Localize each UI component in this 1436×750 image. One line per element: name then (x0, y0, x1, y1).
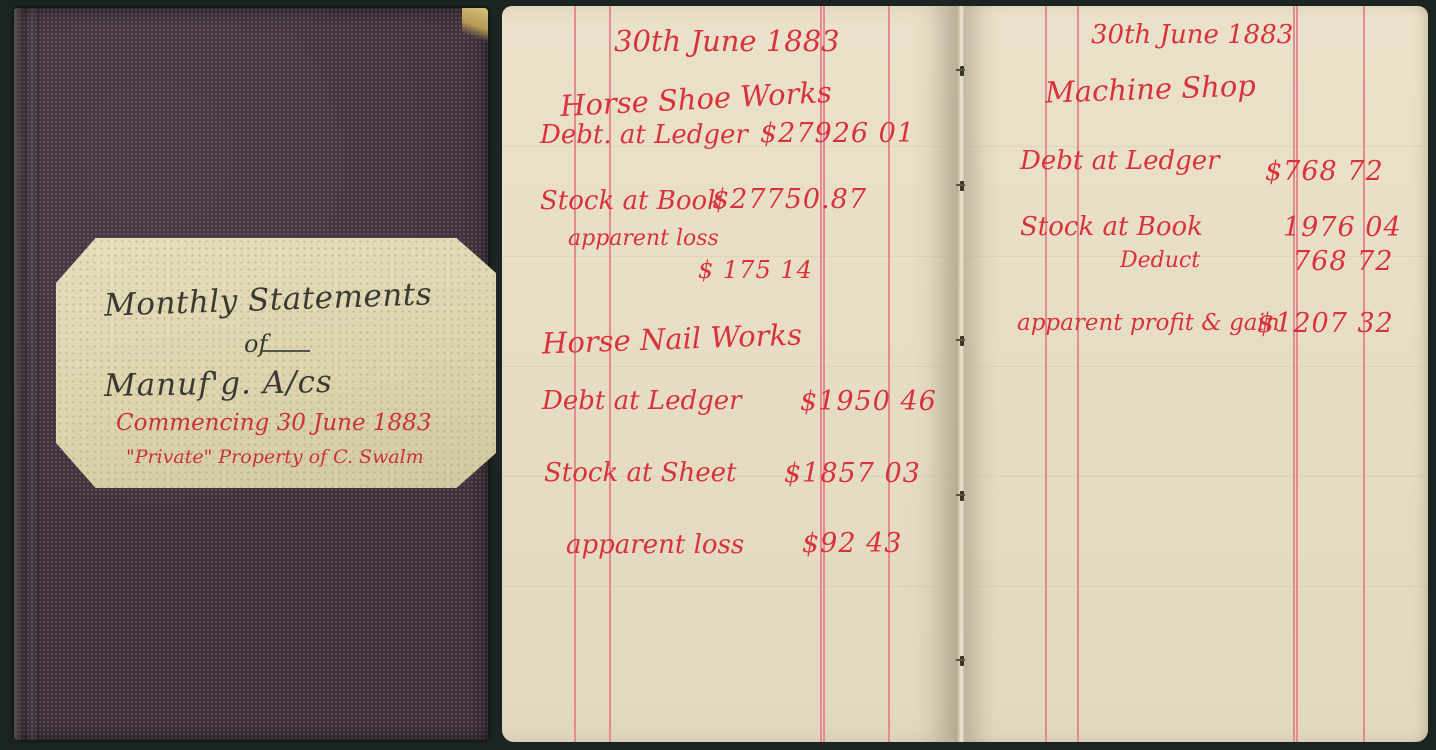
dollar-column-rule (1296, 6, 1298, 742)
binding-stitch (960, 336, 964, 346)
entry-amount: $92 43 (802, 528, 902, 559)
binding-stitch (960, 66, 964, 76)
notebook-cover: Monthly Statements of Manuf'g. A/cs Comm… (14, 8, 488, 740)
entry-amount: $1950 46 (800, 386, 937, 417)
entry-amount: 768 72 (1293, 246, 1393, 277)
dollar-column-rule (820, 6, 822, 742)
section-heading: Machine Shop (1044, 68, 1256, 109)
entry-amount: $27926 01 (760, 118, 915, 149)
entry-label: Stock at Sheet (544, 458, 737, 488)
cover-spine (14, 8, 40, 740)
entry-label: apparent profit & gain (1017, 310, 1280, 336)
label-title: Monthly Statements (103, 276, 432, 323)
faint-rule (502, 366, 960, 367)
label-of: of (244, 330, 267, 358)
page-date: 30th June 1883 (614, 24, 840, 58)
worn-corner (462, 8, 488, 48)
faint-rule (965, 586, 1428, 587)
cover-label: Monthly Statements of Manuf'g. A/cs Comm… (56, 238, 496, 488)
entry-label: apparent loss (566, 530, 744, 560)
dollar-column-rule (1293, 6, 1295, 742)
label-commencing-date: Commencing 30 June 1883 (116, 410, 431, 436)
faint-rule (965, 366, 1428, 367)
label-subtitle: Manuf'g. A/cs (104, 364, 333, 404)
entry-amount: $ 175 14 (698, 256, 813, 284)
entry-label: Debt at Ledger (1020, 146, 1220, 176)
binding-stitch (960, 181, 964, 191)
dollar-column-rule (823, 6, 825, 742)
margin-rule (1045, 6, 1047, 742)
entry-amount: $1857 03 (784, 458, 921, 489)
binding-stitch (960, 491, 964, 501)
entry-label: Stock at Book (540, 186, 723, 216)
entry-amount: $768 72 (1265, 156, 1384, 187)
entry-label: Stock at Book (1020, 212, 1203, 242)
entry-label: apparent loss (568, 226, 719, 251)
entry-amount: 1976 04 (1283, 212, 1402, 243)
cents-column-rule (888, 6, 890, 742)
margin-rule (1077, 6, 1079, 742)
section-heading: Horse Shoe Works (559, 75, 832, 123)
faint-rule (502, 586, 960, 587)
entry-amount: $27750.87 (712, 184, 867, 215)
cents-column-rule (1363, 6, 1365, 742)
binding-stitch (960, 656, 964, 666)
entry-label: Debt. at Ledger (540, 120, 748, 150)
open-ledger: 30th June 1883 Horse Shoe Works Debt. at… (502, 6, 1428, 742)
entry-label: Debt at Ledger (542, 386, 742, 416)
faint-rule (965, 476, 1428, 477)
section-heading: Horse Nail Works (541, 317, 802, 360)
page-date: 30th June 1883 (1091, 20, 1293, 50)
ledger-page-left: 30th June 1883 Horse Shoe Works Debt. at… (502, 6, 960, 742)
label-owner: "Private" Property of C. Swalm (126, 446, 424, 468)
entry-label: Deduct (1120, 248, 1200, 273)
entry-amount: $1207 32 (1257, 308, 1394, 339)
ledger-page-right: 30th June 1883 Machine Shop Debt at Ledg… (965, 6, 1428, 742)
